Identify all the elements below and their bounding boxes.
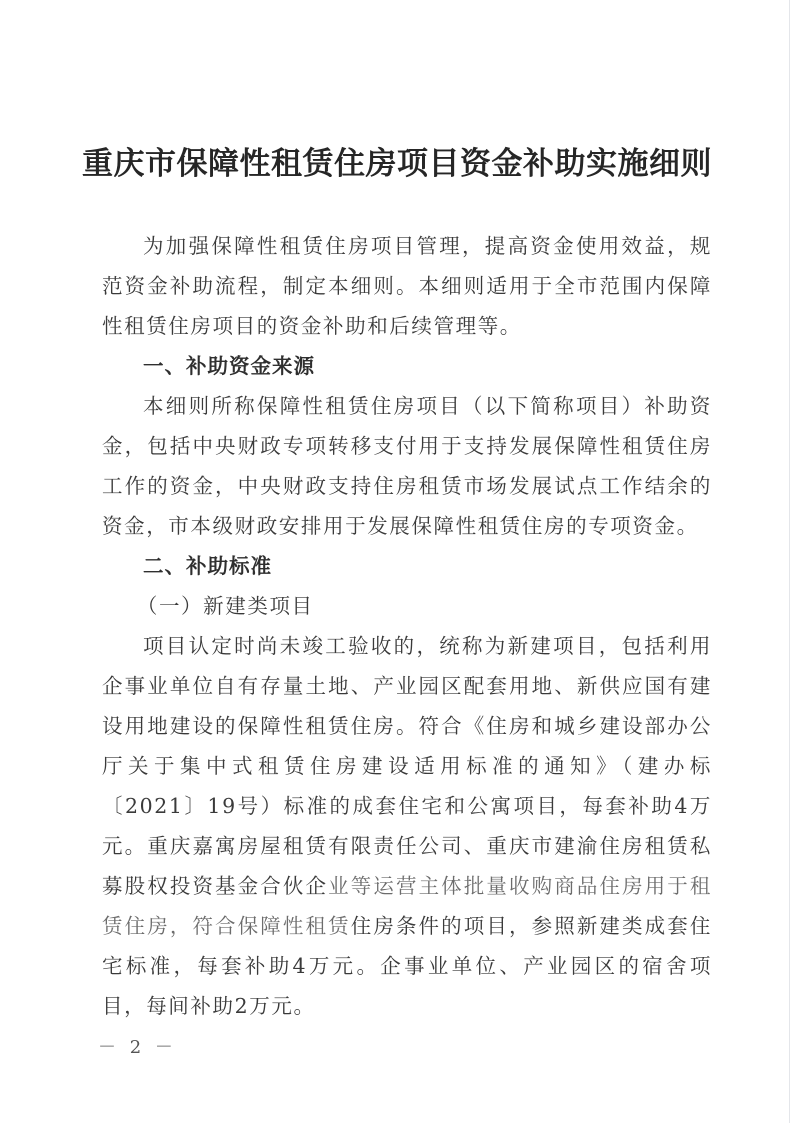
subsection-heading-new-build: （一）新建类项目 <box>102 586 712 626</box>
document-page: 重庆市保障性租赁住房项目资金补助实施细则 为加强保障性租赁住房项目管理，提高资金… <box>0 0 794 1123</box>
document-body: 为加强保障性租赁住房项目管理，提高资金使用效益，规范资金补助流程，制定本细则。本… <box>102 226 712 1026</box>
funding-source-paragraph: 本细则所称保障性租赁住房项目（以下简称项目）补助资金，包括中央财政专项转移支付用… <box>102 386 712 546</box>
section-heading-subsidy-standard: 二、补助标准 <box>102 546 712 586</box>
new-build-paragraph: 项目认定时尚未竣工验收的，统称为新建项目，包括利用企事业单位自有存量土地、产业园… <box>102 626 712 1026</box>
section-heading-funding-source: 一、补助资金来源 <box>102 346 712 386</box>
new-build-text-1: 项目认定时尚未竣工验收的，统称为新建项目，包括利用企事业单位自有存量土地、产业园… <box>102 634 712 898</box>
intro-paragraph: 为加强保障性租赁住房项目管理，提高资金使用效益，规范资金补助流程，制定本细则。本… <box>102 226 712 346</box>
page-number: － 2 － <box>98 1033 177 1059</box>
document-title: 重庆市保障性租赁住房项目资金补助实施细则 <box>0 138 794 183</box>
